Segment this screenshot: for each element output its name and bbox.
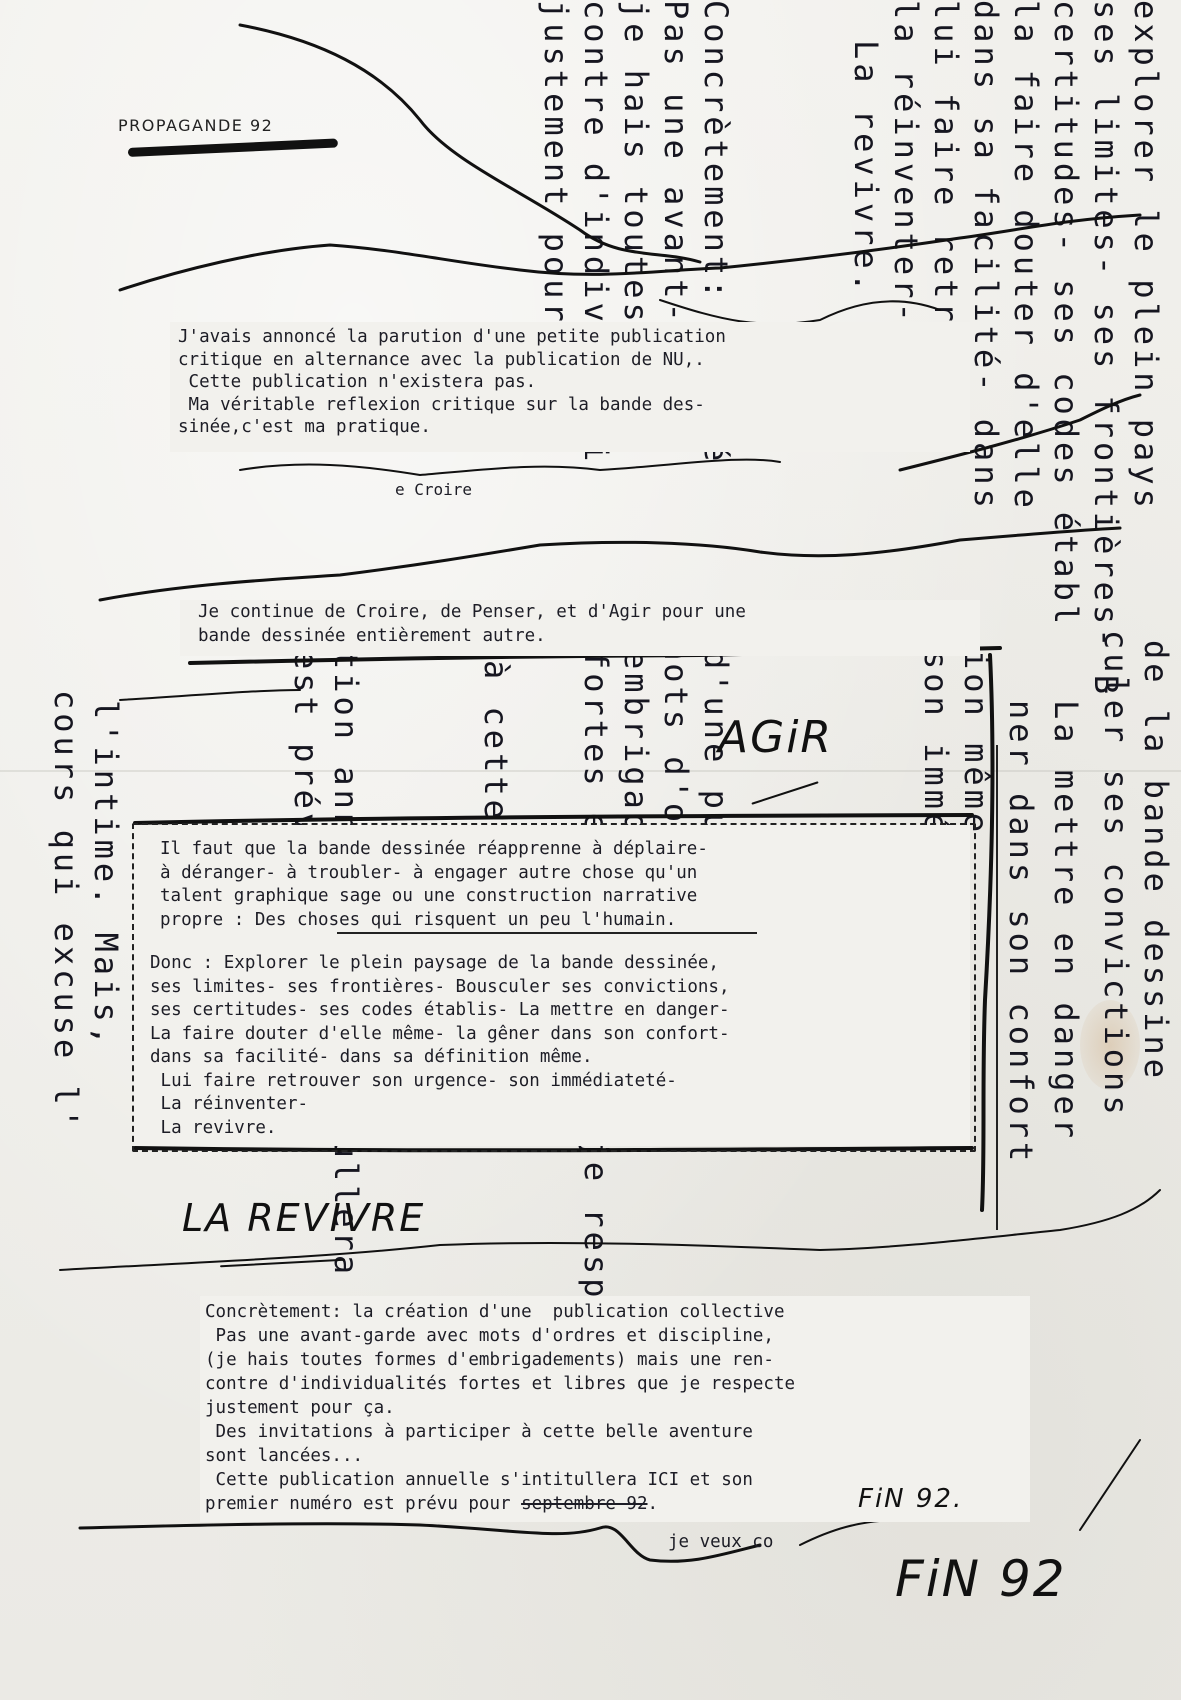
paragraph-concretement: Concrètement: la création d'une publicat… — [205, 1300, 795, 1492]
text-line: Des invitations à participer à cette bel… — [205, 1420, 795, 1444]
text-line: justement pour ça. — [205, 1396, 795, 1420]
text-line: Ma véritable reflexion critique sur la b… — [178, 394, 726, 417]
background-column-text: l'intime. Mais, — [90, 700, 122, 1049]
text-line: La revivre. — [150, 1117, 729, 1141]
text-line: Concrètement: la création d'une publicat… — [205, 1300, 795, 1324]
text-line: Cette publication annuelle s'intitullera… — [205, 1468, 795, 1492]
handwritten-fin-92-inline: FiN 92. — [858, 1484, 963, 1514]
text-line: dans sa facilité- dans sa définition mêm… — [150, 1046, 729, 1070]
struck-date: septembre 92 — [521, 1494, 647, 1514]
text-line: propre : Des choses qui risquent un peu … — [160, 909, 708, 933]
background-column-text: La revivre. — [850, 40, 882, 296]
background-column-text: ner dans son confort — [1005, 700, 1037, 1165]
last-line: premier numéro est prévu pour septembre … — [205, 1492, 658, 1516]
text-line: bande dessinée entièrement autre. — [198, 624, 746, 648]
handwritten-agir: AGiR — [718, 712, 833, 763]
text-line: Je continue de Croire, de Penser, et d'A… — [198, 600, 746, 624]
background-column-text: certitudes- ses codes établ — [1050, 0, 1082, 628]
text-line: à déranger- à troubler- à engager autre … — [160, 862, 708, 886]
paragraph-intro: J'avais annoncé la parution d'une petite… — [178, 326, 726, 439]
text-line: sont lancées... — [205, 1444, 795, 1468]
box-paragraph-intro: Il faut que la bande dessinée réapprenne… — [160, 838, 708, 932]
fragment-je-veux: je veux co — [668, 1530, 773, 1554]
background-column-text: ion même — [960, 650, 992, 836]
text-line: talent graphique sage ou une constructio… — [160, 885, 708, 909]
text-line: ses limites- ses frontières- Bousculer s… — [150, 976, 729, 1000]
background-column-text: la réinventer- — [890, 0, 922, 326]
background-column-text: La mettre en danger — [1050, 700, 1082, 1142]
background-column-text: culer ses convictions — [1100, 630, 1132, 1119]
header-title: PROPAGANDE 92 — [118, 116, 273, 135]
background-column-text: ses limites- ses frontières- B — [1090, 0, 1122, 698]
background-column-text: explorer le plein pays — [1130, 0, 1162, 512]
background-column-text: dans sa facilité- dans — [970, 0, 1002, 512]
text-line: Lui faire retrouver son urgence- son imm… — [150, 1070, 729, 1094]
background-column-text: la faire douter d'elle — [1010, 0, 1042, 512]
handwritten-fin-92-bottom: FiN 92 — [895, 1550, 1067, 1608]
handwritten-la-revivre: LA REVIVRE — [182, 1196, 425, 1240]
fragment-croire: e Croire — [395, 478, 472, 502]
text-line: (je hais toutes formes d'embrigadements)… — [205, 1348, 795, 1372]
text-underline — [337, 932, 757, 934]
text-line: contre d'individualités fortes et libres… — [205, 1372, 795, 1396]
text-line: Donc : Explorer le plein paysage de la b… — [150, 952, 729, 976]
text-line: Il faut que la bande dessinée réapprenne… — [160, 838, 708, 862]
text-line: Pas une avant-garde avec mots d'ordres e… — [205, 1324, 795, 1348]
text-line: La réinventer- — [150, 1093, 729, 1117]
background-column-text: cours qui excuse l' — [50, 690, 82, 1132]
text-line: critique en alternance avec la publicati… — [178, 349, 726, 372]
text-line: La faire douter d'elle même- la gêner da… — [150, 1023, 729, 1047]
last-line-suffix: . — [648, 1494, 659, 1514]
last-line-prefix: premier numéro est prévu pour — [205, 1494, 521, 1514]
text-line: sinée,c'est ma pratique. — [178, 416, 726, 439]
text-line: J'avais annoncé la parution d'une petite… — [178, 326, 726, 349]
vertical-rule — [996, 745, 998, 1230]
background-column-text: de la bande dessine — [1140, 640, 1172, 1082]
box-paragraph-donc: Donc : Explorer le plein paysage de la b… — [150, 952, 729, 1140]
text-line: ses certitudes- ses codes établis- La me… — [150, 999, 729, 1023]
text-line: Cette publication n'existera pas. — [178, 371, 726, 394]
paragraph-continue: Je continue de Croire, de Penser, et d'A… — [198, 600, 746, 648]
